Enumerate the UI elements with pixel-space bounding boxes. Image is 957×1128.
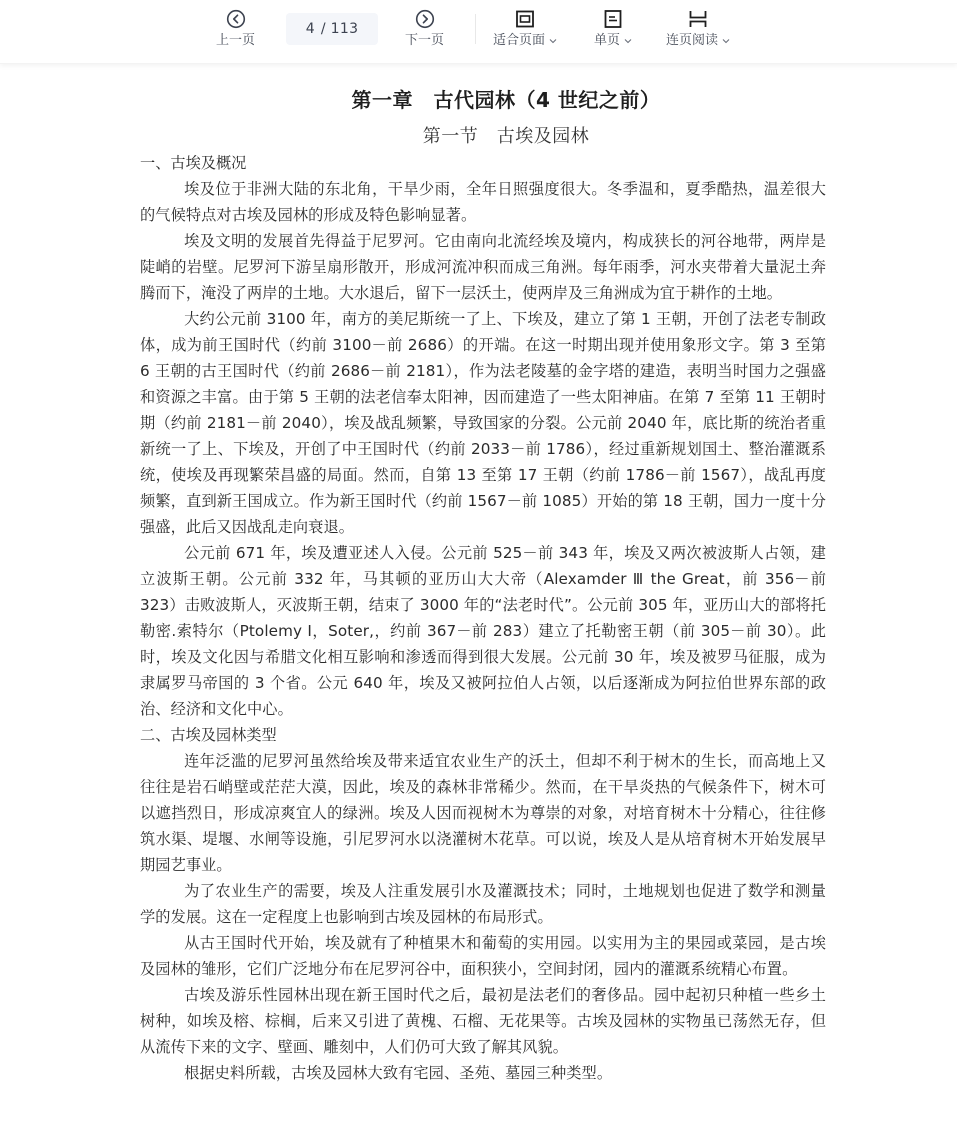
section-title: 第一节 古埃及园林 — [186, 124, 826, 150]
chapter-title: 第一章 古代园林（4 世纪之前） — [186, 85, 826, 115]
total-pages: / 113 — [321, 21, 358, 37]
next-page-button[interactable]: 下一页 — [405, 8, 444, 49]
single-page-label: 单页 — [594, 33, 620, 49]
paragraph: 为了农业生产的需要，埃及人注重发展引水及灌溉技术；同时，土地规划也促进了数学和测… — [140, 878, 826, 930]
paragraph: 公元前 671 年，埃及遭亚述人入侵。公元前 525－前 343 年，埃及又两次… — [140, 540, 826, 722]
paragraph: 埃及文明的发展首先得益于尼罗河。它由南向北流经埃及境内，构成狭长的河谷地带，两岸… — [140, 228, 826, 306]
fit-page-label: 适合页面 — [493, 33, 545, 49]
chevron-left-circle-icon — [225, 8, 247, 30]
chevron-down-icon — [549, 37, 557, 45]
page-number-input[interactable]: 4 / 113 — [286, 13, 378, 45]
continuous-read-dropdown[interactable]: 连页阅读 — [666, 8, 730, 49]
prev-page-label: 上一页 — [216, 33, 255, 49]
continuous-read-icon — [687, 8, 709, 30]
single-page-dropdown[interactable]: 单页 — [594, 8, 632, 49]
paragraph: 从古王国时代开始，埃及就有了种植果木和葡萄的实用园。以实用为主的果园或菜园，是古… — [140, 930, 826, 982]
chevron-down-icon — [722, 37, 730, 45]
reader-toolbar: 上一页 4 / 113 下一页 适合页面 单页 — [0, 0, 957, 64]
continuous-read-label: 连页阅读 — [666, 33, 718, 49]
toolbar-divider — [475, 14, 476, 44]
single-page-icon — [602, 8, 624, 30]
subheading: 二、古埃及园林类型 — [140, 722, 826, 748]
paragraph: 根据史料所载，古埃及园林大致有宅园、圣苑、墓园三种类型。 — [140, 1060, 826, 1086]
paragraph: 连年泛滥的尼罗河虽然给埃及带来适宜农业生产的沃土，但却不利于树木的生长，而高地上… — [140, 748, 826, 878]
paragraph: 埃及位于非洲大陆的东北角，干旱少雨，全年日照强度很大。冬季温和，夏季酷热，温差很… — [140, 176, 826, 228]
fit-page-dropdown[interactable]: 适合页面 — [493, 8, 557, 49]
chevron-down-icon — [624, 37, 632, 45]
chevron-right-circle-icon — [414, 8, 436, 30]
paragraph: 古埃及游乐性园林出现在新王国时代之后，最初是法老们的奢侈品。园中起初只种植一些乡… — [140, 982, 826, 1060]
fit-page-icon — [514, 8, 536, 30]
paragraph: 大约公元前 3100 年，南方的美尼斯统一了上、下埃及，建立了第 1 王朝，开创… — [140, 306, 826, 540]
current-page[interactable]: 4 — [306, 21, 315, 37]
subheading: 一、古埃及概况 — [140, 150, 826, 176]
next-page-label: 下一页 — [405, 33, 444, 49]
prev-page-button[interactable]: 上一页 — [216, 8, 255, 49]
document-page: 第一章 古代园林（4 世纪之前） 第一节 古埃及园林 一、古埃及概况 埃及位于非… — [140, 85, 826, 1086]
